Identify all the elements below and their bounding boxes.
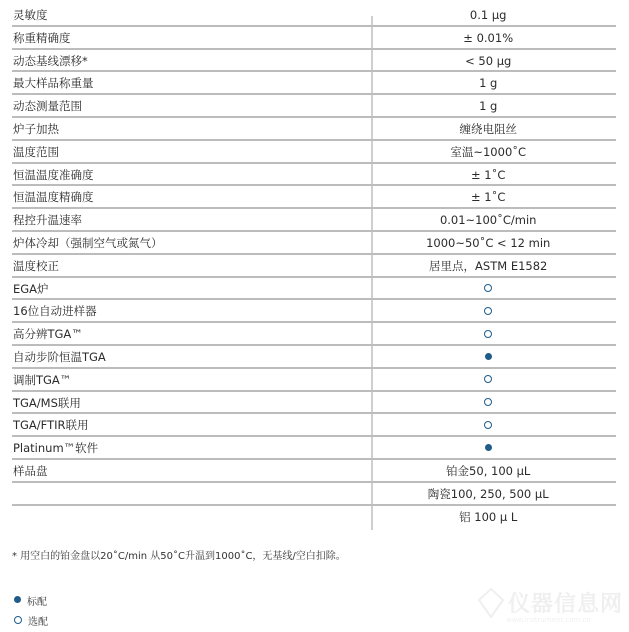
table-row: Platinum™软件 [12,437,616,460]
table-row: 灵敏度 0.1 µg [12,4,616,27]
row-label: 高分辨TGA™ [12,323,360,343]
footnote: * 用空白的铂金盘以20˚C/min 从50˚C升温到1000˚C，无基线/空白… [12,547,346,562]
optional-circle-icon [484,330,492,338]
table-row: 恒温温度精确度 ± 1˚C [12,186,616,209]
row-value: ± 1˚C [360,186,616,206]
row-label: 调制TGA™ [12,369,360,389]
row-label: 恒温温度准确度 [12,164,360,184]
row-label [12,483,360,485]
row-value: 1000~50˚C < 12 min [360,232,616,252]
row-value: 缠绕电阻丝 [360,118,616,138]
standard-dot-icon [485,444,492,451]
row-value: ± 0.01% [360,27,616,47]
table-row: 恒温温度准确度 ± 1˚C [12,164,616,187]
row-value: 0.1 µg [360,4,616,24]
row-value [360,392,616,412]
table-row: 自动步阶恒温TGA [12,346,616,369]
optional-circle-icon [14,616,22,624]
optional-circle-icon [484,307,492,315]
table-row: 温度范围 室温~1000˚C [12,141,616,164]
row-value: 铂金50, 100 µL [360,460,616,480]
optional-circle-icon [484,375,492,383]
row-label: 样品盘 [12,460,360,480]
table-row: TGA/MS联用 [12,392,616,415]
row-label: 动态基线漂移* [12,50,360,70]
row-label: TGA/MS联用 [12,392,360,412]
legend-standard: 标配 [14,593,47,608]
row-value: < 50 µg [360,50,616,70]
table-row: 动态基线漂移* < 50 µg [12,50,616,73]
optional-circle-icon [484,421,492,429]
spec-table: 灵敏度 0.1 µg 称重精确度 ± 0.01% 动态基线漂移* < 50 µg… [12,4,616,528]
table-row: 陶瓷100, 250, 500 µL [12,483,616,506]
row-label: 称重精确度 [12,27,360,47]
watermark-title: 仪器信息网 [508,587,623,618]
row-label: 温度校正 [12,255,360,275]
legend-optional-label: 选配 [28,613,48,628]
row-value [360,346,616,366]
row-label: TGA/FTIR联用 [12,414,360,434]
row-value [360,278,616,298]
row-label: 动态测量范围 [12,95,360,115]
row-value [360,414,616,434]
row-value: 居里点，ASTM E1582 [360,255,616,275]
table-row: EGA炉 [12,278,616,301]
row-value: 1 g [360,72,616,92]
row-value: 1 g [360,95,616,115]
row-value [360,300,616,320]
row-label: 16位自动进样器 [12,300,360,320]
legend-standard-label: 标配 [27,593,47,608]
table-row: 炉体冷却（强制空气或氮气） 1000~50˚C < 12 min [12,232,616,255]
row-value [360,369,616,389]
row-value: ± 1˚C [360,164,616,184]
standard-dot-icon [485,353,492,360]
optional-circle-icon [484,284,492,292]
table-row: 高分辨TGA™ [12,323,616,346]
table-row: 调制TGA™ [12,369,616,392]
row-value: 陶瓷100, 250, 500 µL [360,483,616,503]
row-label: 灵敏度 [12,4,360,24]
row-label: Platinum™软件 [12,437,360,457]
table-row: 称重精确度 ± 0.01% [12,27,616,50]
table-row: 温度校正 居里点，ASTM E1582 [12,255,616,278]
watermark: 仪器信息网 www.instrument.com.cn [478,587,623,618]
table-row: 铝 100 µ L [12,506,616,529]
row-label [12,506,360,508]
table-row: 样品盘 铂金50, 100 µL [12,460,616,483]
row-value: 室温~1000˚C [360,141,616,161]
legend-optional: 选配 [14,613,48,628]
standard-dot-icon [14,596,21,603]
optional-circle-icon [484,398,492,406]
table-row: 程控升温速率 0.01~100˚C/min [12,209,616,232]
row-value [360,323,616,343]
row-label: 恒温温度精确度 [12,186,360,206]
table-row: 最大样品称重量 1 g [12,72,616,95]
row-label: EGA炉 [12,278,360,298]
table-row: 动态测量范围 1 g [12,95,616,118]
table-row: TGA/FTIR联用 [12,414,616,437]
watermark-logo-icon [478,588,504,618]
row-label: 最大样品称重量 [12,72,360,92]
watermark-url: www.instrument.com.cn [506,616,591,624]
row-label: 炉子加热 [12,118,360,138]
row-value: 0.01~100˚C/min [360,209,616,229]
row-value [360,437,616,457]
table-row: 16位自动进样器 [12,300,616,323]
row-value: 铝 100 µ L [360,506,616,526]
row-label: 温度范围 [12,141,360,161]
row-label: 炉体冷却（强制空气或氮气） [12,232,360,252]
row-label: 自动步阶恒温TGA [12,346,360,366]
table-row: 炉子加热 缠绕电阻丝 [12,118,616,141]
row-label: 程控升温速率 [12,209,360,229]
